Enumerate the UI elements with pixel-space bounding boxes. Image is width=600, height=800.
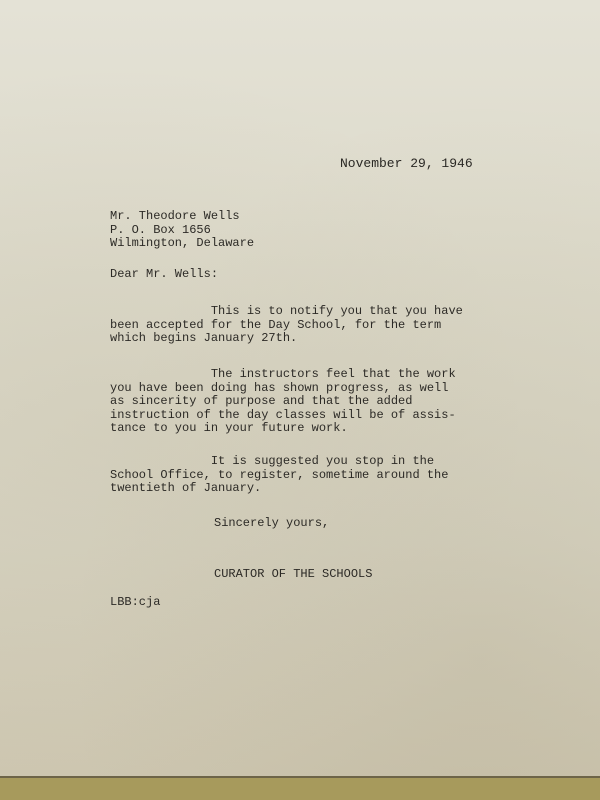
paragraph-line: twentieth of January. [110,482,448,496]
salutation: Dear Mr. Wells: [110,268,218,282]
paragraph-line: The instructors feel that the work [110,368,456,382]
paragraph-line: as sincerity of purpose and that the add… [110,395,456,409]
paragraph-line: School Office, to register, sometime aro… [110,469,448,483]
recipient-address: Mr. Theodore Wells P. O. Box 1656 Wilmin… [110,210,254,251]
paragraph-line: This is to notify you that you have [110,305,463,319]
paragraph-line: been accepted for the Day School, for th… [110,319,463,333]
signature: CURATOR OF THE SCHOOLS [214,568,372,582]
reference-initials: LBB:cja [110,596,160,610]
paragraph-3: It is suggested you stop in the School O… [110,455,448,496]
paragraph-line: you have been doing has shown progress, … [110,382,456,396]
paragraph-line: It is suggested you stop in the [110,455,448,469]
paragraph-line: instruction of the day classes will be o… [110,409,456,423]
paragraph-2: The instructors feel that the work you h… [110,368,456,436]
paragraph-1: This is to notify you that you have been… [110,305,463,346]
paragraph-line: tance to you in your future work. [110,422,456,436]
letter-date: November 29, 1946 [340,156,473,171]
closing: Sincerely yours, [214,517,329,531]
recipient-address-line2: Wilmington, Delaware [110,237,254,251]
recipient-address-line1: P. O. Box 1656 [110,224,254,238]
faded-handwriting-top [269,8,278,35]
letter-paper: November 29, 1946 Mr. Theodore Wells P. … [0,0,600,778]
recipient-name: Mr. Theodore Wells [110,210,254,224]
paragraph-line: which begins January 27th. [110,332,463,346]
